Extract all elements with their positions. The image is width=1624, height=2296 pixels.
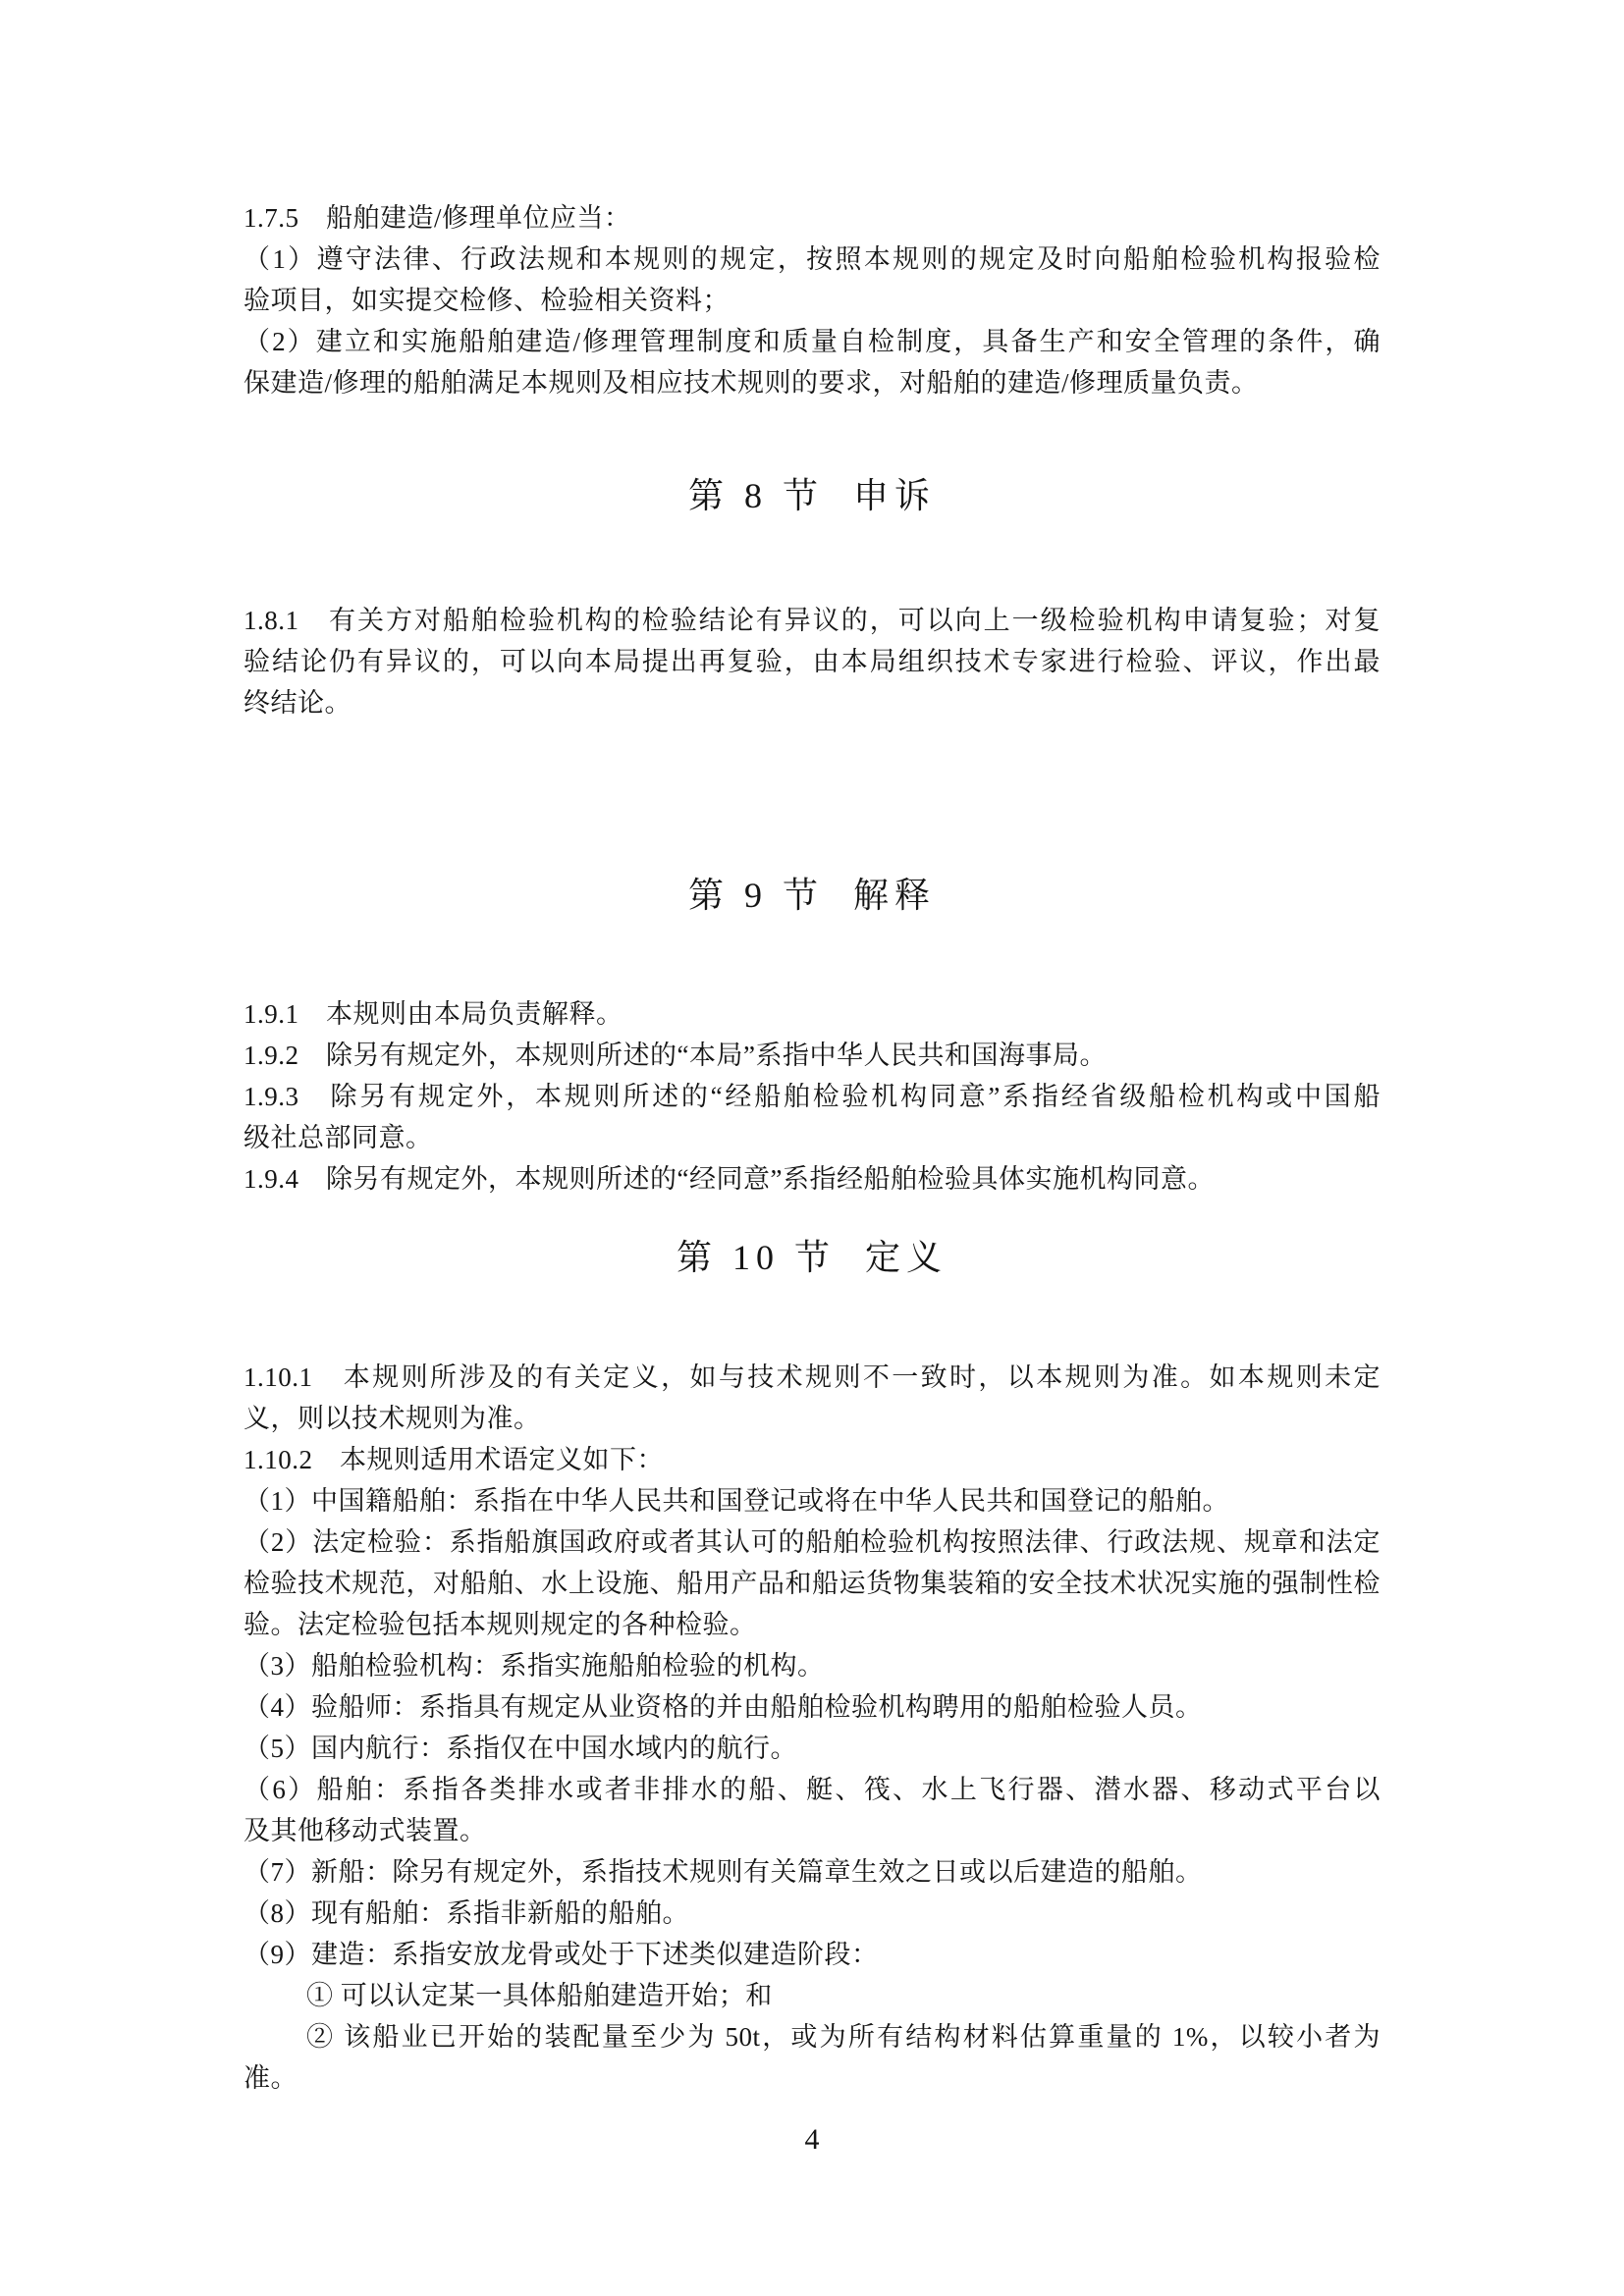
text-line: 终结论。	[244, 682, 1380, 723]
text-line: （2）建立和实施船舶建造/修理管理制度和质量自检制度，具备生产和安全管理的条件，…	[244, 321, 1380, 362]
text-line: 准。	[244, 2057, 1380, 2099]
text-line: （1）遵守法律、行政法规和本规则的规定，按照本规则的规定及时向船舶检验机构报验检	[244, 239, 1380, 280]
section-number: 第 8 节	[688, 476, 824, 515]
text-line: 保建造/修理的船舶满足本规则及相应技术规则的要求，对船舶的建造/修理质量负责。	[244, 362, 1380, 403]
text-line: 1.10.2 本规则适用术语定义如下：	[244, 1439, 1380, 1480]
text-line: 1.9.1 本规则由本局负责解释。	[244, 993, 1380, 1035]
text-line: 检验技术规范，对船舶、水上设施、船用产品和船运货物集装箱的安全技术状况实施的强制…	[244, 1563, 1380, 1604]
text-line: 及其他移动式装置。	[244, 1810, 1380, 1851]
section-title: 定义	[865, 1238, 947, 1277]
text-line: （7）新船：除另有规定外，系指技术规则有关篇章生效之日或以后建造的船舶。	[244, 1851, 1380, 1893]
text-line: 验。法定检验包括本规则规定的各种检验。	[244, 1604, 1380, 1645]
text-line: （9）建造：系指安放龙骨或处于下述类似建造阶段：	[244, 1934, 1380, 1975]
text-line: 1.7.5 船舶建造/修理单位应当：	[244, 197, 1380, 239]
text-line: （8）现有船舶：系指非新船的船舶。	[244, 1893, 1380, 1934]
text-line: （4）验船师：系指具有规定从业资格的并由船舶检验机构聘用的船舶检验人员。	[244, 1686, 1380, 1728]
text-line: 验结论仍有异议的，可以向本局提出再复验，由本局组织技术专家进行检验、评议，作出最	[244, 641, 1380, 682]
text-line: 1.9.4 除另有规定外，本规则所述的“经同意”系指经船舶检验具体实施机构同意。	[244, 1158, 1380, 1200]
paragraph-block: 1.7.5 船舶建造/修理单位应当：（1）遵守法律、行政法规和本规则的规定，按照…	[244, 197, 1380, 403]
page-number: 4	[0, 2122, 1624, 2158]
text-line: （5）国内航行：系指仅在中国水域内的航行。	[244, 1728, 1380, 1769]
paragraph-block: 1.8.1 有关方对船舶检验机构的检验结论有异议的，可以向上一级检验机构申请复验…	[244, 600, 1380, 723]
section-heading: 第 10 节定义	[244, 1234, 1380, 1281]
text-line: 级社总部同意。	[244, 1117, 1380, 1158]
section-title: 解释	[853, 876, 936, 915]
text-line: （6）船舶：系指各类排水或者非排水的船、艇、筏、水上飞行器、潜水器、移动式平台以	[244, 1769, 1380, 1810]
text-line: ② 该船业已开始的装配量至少为 50t，或为所有结构材料估算重量的 1%，以较小…	[244, 2016, 1380, 2057]
section-title: 申诉	[853, 476, 936, 515]
text-line: （2）法定检验：系指船旗国政府或者其认可的船舶检验机构按照法律、行政法规、规章和…	[244, 1522, 1380, 1563]
text-line: （3）船舶检验机构：系指实施船舶检验的机构。	[244, 1645, 1380, 1686]
section-number: 第 10 节	[677, 1238, 836, 1277]
text-line: ① 可以认定某一具体船舶建造开始；和	[244, 1975, 1380, 2016]
section-heading: 第 9 节解释	[244, 872, 1380, 919]
text-line: 验项目，如实提交检修、检验相关资料；	[244, 280, 1380, 321]
text-line: 1.9.3 除另有规定外，本规则所述的“经船舶检验机构同意”系指经省级船检机构或…	[244, 1076, 1380, 1117]
text-line: 1.9.2 除另有规定外，本规则所述的“本局”系指中华人民共和国海事局。	[244, 1035, 1380, 1076]
text-line: 1.8.1 有关方对船舶检验机构的检验结论有异议的，可以向上一级检验机构申请复验…	[244, 600, 1380, 641]
section-heading: 第 8 节申诉	[244, 472, 1380, 519]
paragraph-block: 1.9.1 本规则由本局负责解释。1.9.2 除另有规定外，本规则所述的“本局”…	[244, 993, 1380, 1200]
text-line: 义，则以技术规则为准。	[244, 1398, 1380, 1439]
text-line: 1.10.1 本规则所涉及的有关定义，如与技术规则不一致时，以本规则为准。如本规…	[244, 1357, 1380, 1398]
paragraph-block: 1.10.1 本规则所涉及的有关定义，如与技术规则不一致时，以本规则为准。如本规…	[244, 1357, 1380, 2099]
document-page: 1.7.5 船舶建造/修理单位应当：（1）遵守法律、行政法规和本规则的规定，按照…	[0, 0, 1624, 2296]
text-line: （1）中国籍船舶：系指在中华人民共和国登记或将在中华人民共和国登记的船舶。	[244, 1480, 1380, 1522]
section-number: 第 9 节	[688, 876, 824, 915]
